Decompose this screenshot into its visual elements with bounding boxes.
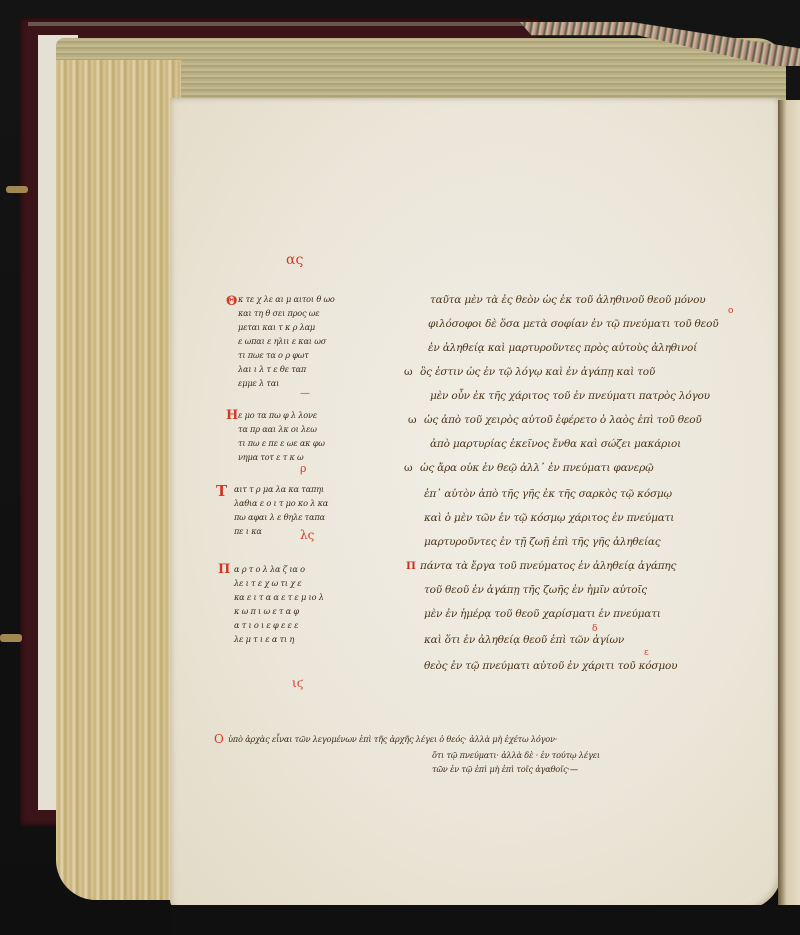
red-initial: Τ xyxy=(216,482,227,500)
text-line: πάντα τὰ ἔργα τοῦ πνεύματος ἐν ἀληθείᾳ ἀ… xyxy=(420,560,676,572)
section-numeral: ρ xyxy=(300,462,306,475)
gloss-line: λαι ι λ τ ε θε ταπ xyxy=(238,364,306,374)
gloss-line: και τη θ σει προς ωε xyxy=(238,308,319,318)
red-initial: Η xyxy=(226,408,238,423)
text-line: φιλόσοφοι δὲ ὅσα μετὰ σοφίαν ἐν τῷ πνεύμ… xyxy=(428,318,718,330)
gloss-line: ε μο τα πω φ λ λονε xyxy=(238,410,317,420)
bottom-shadow xyxy=(170,905,800,935)
gloss-line: κ ω π ι ω ε τ α φ xyxy=(234,606,299,616)
omega-initial: ω xyxy=(404,462,412,474)
red-interlinear-mark: ε xyxy=(644,648,649,658)
gloss-line: κα ε ι τ α α ε τ ε μ ιο λ xyxy=(234,592,324,602)
binding-gutter xyxy=(778,100,800,910)
gloss-line: λε μ τ ι ε α τι η xyxy=(234,634,294,644)
text-line: μὲν οὖν ἐκ τῆς χάριτος τοῦ ἐν πνεύματι π… xyxy=(430,390,710,402)
red-initial: Π xyxy=(406,560,416,572)
footnote-line: τῶν ἐν τῷ ἐπὶ μὴ ἐπὶ τοῖς ἀγαθοῖς·— xyxy=(432,764,578,774)
section-numeral: ιϛ xyxy=(292,676,303,690)
text-line: ὃς ἐστιν ὡς ἐν τῷ λόγῳ καὶ ἐν ἀγάπῃ καὶ … xyxy=(420,366,655,378)
gloss-line: λε ι τ ε χ ω τι χ ε xyxy=(234,578,301,588)
gloss-line: α τ ι ο ι ε φ ε ε ε xyxy=(234,620,298,630)
gloss-line: μεται και τ κ ρ λαμ xyxy=(238,322,315,332)
text-line: τοῦ θεοῦ ἐν ἀγάπῃ τῆς ζωῆς ἐν ἡμῖν αὐτοῖ… xyxy=(424,584,647,596)
cover-edge xyxy=(28,22,533,26)
text-line: καὶ ὁ μὲν τῶν ἐν τῷ κόσμῳ χάριτος ἐν πνε… xyxy=(424,512,674,524)
gloss-line: πε ι κα xyxy=(234,526,262,536)
text-line: θεὸς ἐν τῷ πνεύματι αὐτοῦ ἐν χάριτι τοῦ … xyxy=(424,660,677,672)
text-line: ὡς ἄρα οὐκ ἐν θεῷ ἀλλ᾽ ἐν πνεύματι φανερ… xyxy=(420,462,653,474)
gloss-line: α ρ τ ο λ λα ζ ια ο xyxy=(234,564,305,574)
red-interlinear-mark: ο xyxy=(728,306,733,316)
text-line: ὡς ἀπὸ τοῦ χειρὸς αὐτοῦ ἐφέρετο ὁ λαὸς ἐ… xyxy=(424,414,702,426)
text-line: καὶ ὅτι ἐν ἀληθείᾳ θεοῦ ἐπὶ τῶν ἁγίων xyxy=(424,634,624,646)
gloss-line: πω αφαι λ ε θηλε ταπα xyxy=(234,512,325,522)
gloss-line: τι πωε τα ο ρ φωτ xyxy=(238,350,309,360)
text-line: μαρτυροῦντες ἐν τῇ ζωῇ ἐπὶ τῆς γῆς ἀληθε… xyxy=(424,536,660,548)
text-line: ἐπ᾽ αὐτὸν ἀπὸ τῆς γῆς ἐκ τῆς σαρκὸς τῷ κ… xyxy=(424,488,672,500)
text-line: μὲν ἐν ἡμέρᾳ τοῦ θεοῦ χαρίσματι ἐν πνεύμ… xyxy=(424,608,661,620)
gloss-line: ε ωπαι ε ηλιι ε και ωσ xyxy=(238,336,326,346)
footnote-line: ὑπὸ ἀρχὰς εἶναι τῶν λεγομένων ἐπὶ τῆς ἀρ… xyxy=(228,734,557,744)
footnote-line: ὅτι τῷ πνεύματι· ἀλλὰ δὲ · ἐν τούτῳ λέγε… xyxy=(432,750,600,760)
section-numeral: λς xyxy=(300,528,314,542)
red-initial: Θ xyxy=(226,294,237,309)
omega-initial: ω xyxy=(408,414,416,426)
gloss-line: τι πω ε πε ε ωε ακ φω xyxy=(238,438,325,448)
red-initial: Π xyxy=(218,562,230,577)
gloss-line: τα πρ ααι λκ οι λεω xyxy=(238,424,317,434)
gloss-line: αιτ τ ρ μα λα κα ταπηι xyxy=(234,484,324,494)
text-line: ταῦτα μὲν τὰ ἐς θεὸν ὡς ἐκ τοῦ ἀληθινοῦ … xyxy=(430,294,705,306)
page-edges-left xyxy=(56,60,181,900)
text-line: ἐν ἀληθείᾳ καὶ μαρτυροῦντες πρὸς αὐτοὺς … xyxy=(428,342,697,354)
red-initial: Ο xyxy=(214,732,224,746)
text-line: ἀπὸ μαρτυρίας ἐκεῖνος ἔνθα καὶ σώζει μακ… xyxy=(430,438,681,450)
gloss-line: νημα τοτ ε τ κ ω xyxy=(238,452,304,462)
omega-initial: ω xyxy=(404,366,412,378)
gloss-line: εμμε λ ται xyxy=(238,378,279,388)
section-numeral: ας xyxy=(286,252,303,268)
brass-clasp-pin-bottom xyxy=(0,634,22,642)
red-interlinear-mark: δ xyxy=(592,624,597,634)
brass-clasp-pin-top xyxy=(6,186,28,193)
gloss-line: λαθια ε ο ι τ μο κο λ κα xyxy=(234,498,328,508)
section-dash: — xyxy=(300,388,310,399)
gloss-line: κ τε χ λε αι μ αιτοι θ ωο xyxy=(238,294,335,304)
